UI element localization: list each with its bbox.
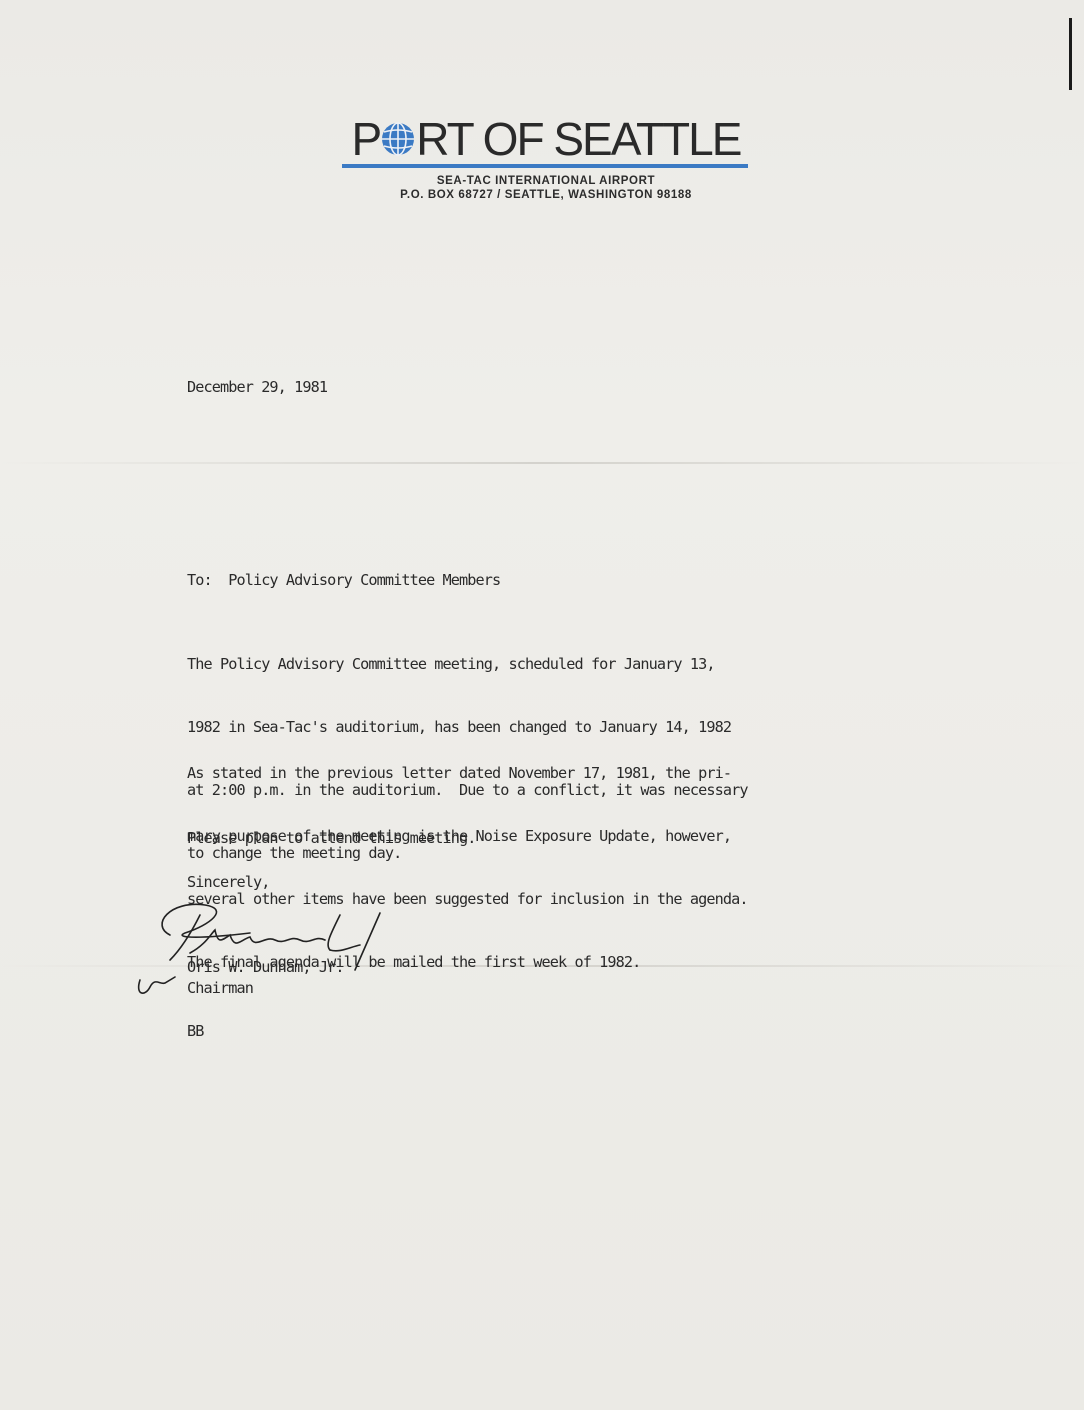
org-name-suffix: RT OF SEATTLE — [416, 116, 740, 162]
letter-page: P RT OF SEATTLE SEA-TAC INTERNATIONAL AI… — [0, 0, 1084, 1410]
letterhead-address: P.O. BOX 68727 / SEATTLE, WASHINGTON 981… — [342, 188, 750, 202]
org-logo: P RT OF SEATTLE — [342, 116, 750, 162]
letterhead-subtitle: SEA-TAC INTERNATIONAL AIRPORT — [342, 174, 750, 188]
body-line: The Policy Advisory Committee meeting, s… — [187, 654, 748, 675]
letterhead: P RT OF SEATTLE SEA-TAC INTERNATIONAL AI… — [342, 116, 750, 202]
scan-edge-mark — [1069, 18, 1072, 90]
globe-icon — [381, 122, 415, 156]
body-line: As stated in the previous letter dated N… — [187, 763, 748, 784]
paper-fold-line — [0, 462, 1084, 464]
typist-initials: BB — [187, 1021, 204, 1042]
signer-title: Chairman — [187, 978, 253, 999]
handwritten-signature — [130, 895, 450, 1005]
closing: Sincerely, — [187, 872, 269, 893]
signer-name: Oris W. Dunham, Jr. — [187, 957, 344, 978]
letter-recipient: To: Policy Advisory Committee Members — [187, 570, 500, 591]
closing-request: Please plan to attend this meeting. — [187, 828, 476, 849]
org-name-prefix: P — [352, 116, 381, 162]
letter-date: December 29, 1981 — [187, 377, 327, 398]
